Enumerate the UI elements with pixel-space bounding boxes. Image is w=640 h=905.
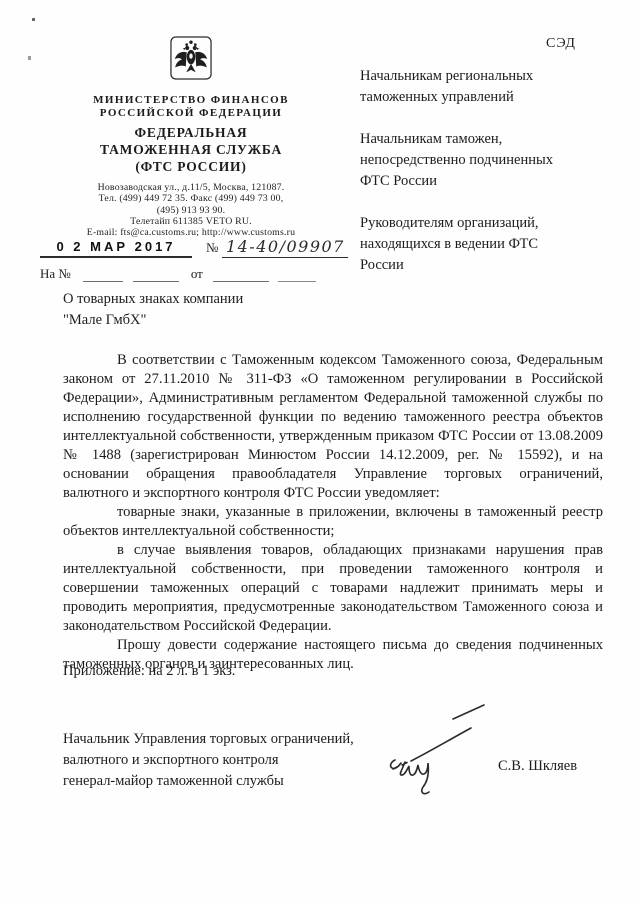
signer-position: Начальник Управления торговых ограничени…	[63, 729, 383, 792]
recipient-organization-heads: Руководителям организаций, находящихся в…	[360, 213, 618, 276]
sed-label: СЭД	[546, 36, 576, 52]
reply-date-label: от	[191, 266, 203, 282]
scanned-letter-page: СЭД МИНИСТЕРСТВО ФИНАНСОВ РОССИЙСКОЙ ФЕД…	[0, 0, 640, 905]
body-paragraph: в случае выявления товаров, обладающих п…	[63, 541, 603, 636]
reply-number-label: На №	[40, 266, 71, 282]
number-label: №	[206, 240, 218, 256]
signature-autograph	[387, 698, 497, 810]
letterhead-address: Новозаводская ул., д.11/5, Москва, 12108…	[34, 182, 348, 238]
blank-line	[83, 269, 123, 282]
recipient-regional-customs: Начальникам региональных таможенных упра…	[360, 66, 618, 108]
outgoing-number-handwritten: 14-40/09907	[222, 237, 348, 258]
ministry-name: МИНИСТЕРСТВО ФИНАНСОВ РОССИЙСКОЙ ФЕДЕРАЦ…	[34, 94, 348, 120]
recipients-block: Начальникам региональных таможенных упра…	[360, 66, 618, 297]
letter-body: В соответствии с Таможенным кодексом Там…	[63, 351, 603, 674]
blank-line	[213, 269, 269, 282]
scan-speck	[28, 56, 31, 60]
incoming-reference-row: На № от	[40, 266, 356, 282]
recipient-customs-heads: Начальникам таможен, непосредственно под…	[360, 129, 618, 192]
date-stamp: 0 2 МАР 2017	[40, 239, 192, 258]
signer-name: С.В. Шкляев	[498, 758, 577, 775]
letterhead: МИНИСТЕРСТВО ФИНАНСОВ РОССИЙСКОЙ ФЕДЕРАЦ…	[34, 36, 348, 238]
double-headed-eagle-emblem-icon	[170, 36, 212, 80]
blank-line	[133, 269, 179, 282]
reference-block: 0 2 МАР 2017 № 14-40/09907 На № от	[40, 237, 356, 282]
body-paragraph: товарные знаки, указанные в приложении, …	[63, 503, 603, 541]
body-paragraph: В соответствии с Таможенным кодексом Там…	[63, 351, 603, 503]
blank-line	[278, 269, 316, 282]
agency-name: ФЕДЕРАЛЬНАЯ ТАМОЖЕННАЯ СЛУЖБА (ФТС РОССИ…	[34, 124, 348, 175]
outgoing-reference-row: 0 2 МАР 2017 № 14-40/09907	[40, 237, 356, 258]
attachment-note: Приложение: на 2 л. в 1 экз.	[63, 663, 235, 680]
subject-line: О товарных знаках компании "Мале ГмбХ"	[63, 289, 243, 331]
scan-speck	[32, 18, 35, 21]
